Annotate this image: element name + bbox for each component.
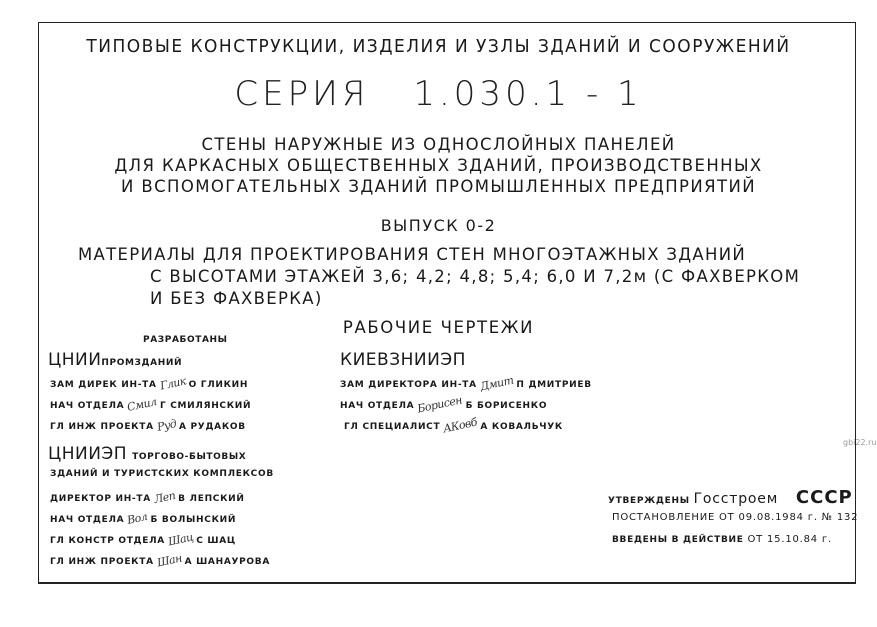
approval-country: СССР	[796, 487, 853, 508]
signatory-row: ДИРЕКТОР ИН-ТАЛепВ ЛЕПСКИЙ	[50, 491, 245, 504]
materials-description: МАТЕРИАЛЫ ДЛЯ ПРОЕКТИРОВАНИЯ СТЕН МНОГОЭ…	[78, 244, 800, 310]
signature: Глик	[159, 374, 187, 392]
materials-line-1: МАТЕРИАЛЫ ДЛЯ ПРОЕКТИРОВАНИЯ СТЕН МНОГОЭ…	[78, 244, 800, 266]
title-line-1: СТЕНЫ НАРУЖНЫЕ ИЗ ОДНОСЛОЙНЫХ ПАНЕЛЕЙ	[0, 134, 877, 155]
signatory-row: НАЧ ОТДЕЛАБорисенБ БОРИСЕНКО	[340, 398, 547, 411]
signatory-position: НАЧ ОТДЕЛА	[50, 515, 124, 525]
signatory-position: НАЧ ОТДЕЛА	[50, 401, 124, 411]
decree-line: ПОСТАНОВЛЕНИЕ ОТ 09.08.1984 г. № 132	[612, 512, 858, 523]
signatory-position: ГЛ СПЕЦИАЛИСТ	[344, 422, 440, 432]
org-tsniiep-torgovo-bytovykh: ЦНИИЭП ТОРГОВО-БЫТОВЫХ	[48, 444, 246, 464]
title-line-2: ДЛЯ КАРКАСНЫХ ОБЩЕСТВЕННЫХ ЗДАНИЙ, ПРОИЗ…	[0, 155, 877, 176]
header-title: ТИПОВЫЕ КОНСТРУКЦИИ, ИЗДЕЛИЯ И УЗЛЫ ЗДАН…	[0, 36, 877, 57]
org3-name-line2: ЗДАНИЙ И ТУРИСТСКИХ КОМПЛЕКСОВ	[50, 469, 274, 479]
document-title: СТЕНЫ НАРУЖНЫЕ ИЗ ОДНОСЛОЙНЫХ ПАНЕЛЕЙ ДЛ…	[0, 134, 877, 197]
org3-name-small: ТОРГОВО-БЫТОВЫХ	[132, 452, 246, 462]
org-tsnii-promzdaniy: ЦНИИПРОМЗДАНИЙ	[48, 350, 182, 370]
org-kievzniiep: КИЕВЗНИИЭП	[340, 350, 466, 370]
signatory-name: А РУДАКОВ	[179, 422, 246, 432]
signatory-row: ЗАМ ДИРЕК ИН-ТАГликО ГЛИКИН	[50, 377, 248, 390]
signature: Вол	[126, 510, 148, 527]
signatory-name: П ДМИТРИЕВ	[516, 380, 591, 390]
series-number: 1.030.1 - 1	[413, 74, 642, 114]
signatory-row: ГЛ ИНЖ ПРОЕКТАРудА РУДАКОВ	[50, 419, 246, 432]
series-title: СЕРИЯ1.030.1 - 1	[0, 74, 877, 114]
signatory-position: ЗАМ ДИРЕКТОРА ИН-ТА	[340, 380, 477, 390]
decree-label: ПОСТАНОВЛЕНИЕ	[612, 512, 715, 523]
signatory-name: О ГЛИКИН	[189, 380, 249, 390]
signature: Леп	[153, 489, 177, 506]
signatory-position: НАЧ ОТДЕЛА	[340, 401, 414, 411]
approved-label: УТВЕРЖДЕНЫ	[608, 496, 690, 506]
signature: Шац	[167, 531, 194, 549]
signatory-position: ГЛ КОНСТР ОТДЕЛА	[50, 536, 165, 546]
approval-line: УТВЕРЖДЕНЫ Госстроем СССР	[608, 487, 853, 508]
signatory-row: ЗАМ ДИРЕКТОРА ИН-ТАДмитП ДМИТРИЕВ	[340, 377, 592, 390]
decree-date: ОТ 09.08.1984 г.	[719, 512, 818, 523]
signatory-row: НАЧ ОТДЕЛАСмилГ СМИЛЯНСКИЙ	[50, 398, 251, 411]
signatory-position: ДИРЕКТОР ИН-ТА	[50, 494, 151, 504]
signatory-name: В ЛЕПСКИЙ	[178, 494, 244, 504]
signatory-row: ГЛ СПЕЦИАЛИСТАКовбА КОВАЛЬЧУК	[344, 419, 563, 432]
signatory-name: Б ВОЛЫНСКИЙ	[151, 515, 237, 525]
effective-label: ВВЕДЕНЫ В ДЕЙСТВИЕ	[612, 535, 744, 545]
title-line-3: И ВСПОМОГАТЕЛЬНЫХ ЗДАНИЙ ПРОМЫШЛЕННЫХ ПР…	[0, 176, 877, 197]
issue-number: ВЫПУСК 0-2	[0, 216, 877, 235]
working-drawings-label: РАБОЧИЕ ЧЕРТЕЖИ	[0, 318, 877, 337]
watermark: gbi22.ru	[843, 438, 876, 447]
signatory-position: ГЛ ИНЖ ПРОЕКТА	[50, 422, 154, 432]
signatory-name: А ШАНАУРОВА	[185, 557, 270, 567]
org1-name-small: ПРОМЗДАНИЙ	[101, 358, 182, 368]
signatory-name: С ШАЦ	[196, 536, 236, 546]
signatory-position: ГЛ ИНЖ ПРОЕКТА	[50, 557, 154, 567]
signatory-row: ГЛ КОНСТР ОТДЕЛАШацС ШАЦ	[50, 533, 236, 546]
signatory-row: ГЛ ИНЖ ПРОЕКТАШанА ШАНАУРОВА	[50, 554, 270, 567]
materials-line-3: И БЕЗ ФАХВЕРКА)	[78, 288, 800, 310]
signature: Руд	[156, 417, 178, 434]
developed-by-label: РАЗРАБОТАНЫ	[143, 335, 228, 345]
materials-line-2: С ВЫСОТАМИ ЭТАЖЕЙ 3,6; 4,2; 4,8; 5,4; 6,…	[78, 266, 800, 288]
decree-number: № 132	[822, 512, 859, 523]
signatory-name: Г СМИЛЯНСКИЙ	[160, 401, 251, 411]
approved-by: Госстроем	[694, 491, 778, 507]
signatory-name: А КОВАЛЬЧУК	[480, 422, 563, 432]
effective-line: ВВЕДЕНЫ В ДЕЙСТВИЕ ОТ 15.10.84 г.	[612, 534, 832, 545]
signatory-name: Б БОРИСЕНКО	[466, 401, 548, 411]
signatory-position: ЗАМ ДИРЕК ИН-ТА	[50, 380, 157, 390]
signatory-row: НАЧ ОТДЕЛАВолБ ВОЛЫНСКИЙ	[50, 512, 236, 525]
org1-name-big: ЦНИИ	[48, 350, 101, 370]
series-label: СЕРИЯ	[234, 74, 369, 114]
org3-name-big: ЦНИИЭП	[48, 444, 127, 464]
signature: Шан	[156, 552, 183, 570]
effective-date: ОТ 15.10.84 г.	[747, 534, 832, 545]
